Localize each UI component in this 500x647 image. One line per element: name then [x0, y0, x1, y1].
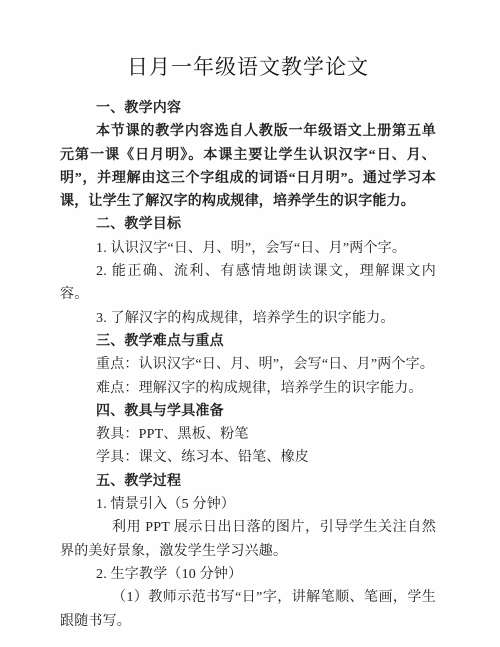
teaching-aids-line: 教具：PPT、黑板、粉笔: [60, 423, 436, 446]
process-step-2-detail: （1）教师示范书写“日”字，讲解笔顺、笔画，学生跟随书写。: [60, 586, 436, 633]
key-point-line: 重点：认识汉字“日、月、明”，会写“日、月”两个字。: [60, 353, 436, 376]
objective-item-3: 3. 了解汉字的构成规律，培养学生的识字能力。: [60, 307, 436, 330]
process-step-1-detail: 利用 PPT 展示日出日落的图片，引导学生关注自然界的美好景象，激发学生学习兴趣…: [60, 516, 436, 563]
section-4-heading: 四、教具与学具准备: [60, 400, 436, 423]
section-1-heading: 一、教学内容: [60, 97, 436, 120]
document-title: 日月一年级语文教学论文: [60, 52, 436, 82]
section-1-paragraph: 本节课的教学内容选自人教版一年级语文上册第五单元第一课《日月明》。本课主要让学生…: [60, 120, 436, 213]
document-page: 日月一年级语文教学论文 一、教学内容 本节课的教学内容选自人教版一年级语文上册第…: [0, 0, 500, 647]
section-5-heading: 五、教学过程: [60, 470, 436, 493]
process-step-1: 1. 情景引入（5 分钟）: [60, 493, 436, 516]
section-2-heading: 二、教学目标: [60, 213, 436, 236]
document-body: 一、教学内容 本节课的教学内容选自人教版一年级语文上册第五单元第一课《日月明》。…: [60, 97, 436, 633]
objective-item-1: 1. 认识汉字“日、月、明”，会写“日、月”两个字。: [60, 237, 436, 260]
objective-item-2: 2. 能正确、流利、有感情地朗读课文，理解课文内容。: [60, 260, 436, 307]
process-step-2: 2. 生字教学（10 分钟）: [60, 563, 436, 586]
difficult-point-line: 难点：理解汉字的构成规律，培养学生的识字能力。: [60, 377, 436, 400]
section-3-heading: 三、教学难点与重点: [60, 330, 436, 353]
student-supplies-line: 学具：课文、练习本、铅笔、橡皮: [60, 446, 436, 469]
